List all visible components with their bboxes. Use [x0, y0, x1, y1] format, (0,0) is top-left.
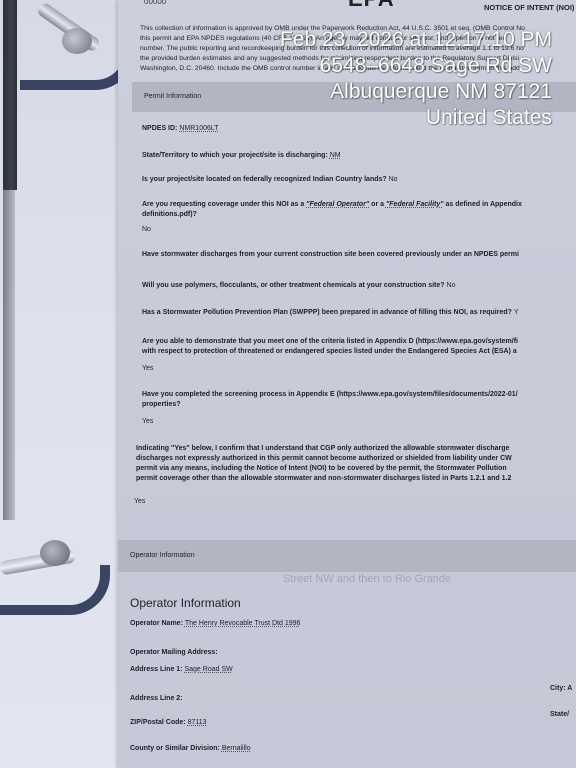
county-label: County or Similar Division: — [130, 745, 220, 752]
federal-operator-term: "Federal Operator" — [306, 201, 369, 208]
polymers-label: Will you use polymers, flocculants, or o… — [142, 282, 445, 289]
question-text: as defined in Appendix — [444, 201, 522, 208]
address-line-2-label: Address Line 2: — [130, 695, 183, 702]
county-value: Bernalillo — [222, 745, 251, 752]
question-text: properties? — [142, 400, 518, 410]
background-surface — [0, 0, 120, 768]
city-label: City: A — [550, 685, 572, 692]
confirmation-answer: Yes — [134, 498, 145, 505]
binder-clip-knob-bottom — [40, 540, 70, 566]
federal-facility-term: "Federal Facility" — [386, 201, 444, 208]
federal-operator-answer: No — [142, 226, 151, 233]
photo-timestamp: Feb 23, 2026 at 12:17:10 PM — [280, 28, 552, 52]
statement-line: permit via any means, including the Noti… — [136, 464, 512, 474]
polymers-field: Will you use polymers, flocculants, or o… — [142, 281, 455, 291]
question-text: Are you requesting coverage under this N… — [142, 201, 306, 208]
epa-logo: EPA — [348, 0, 395, 12]
operator-name-value: The Henry Revocable Trust Dtd 1996 — [185, 620, 301, 627]
operator-name-label: Operator Name: — [130, 620, 183, 627]
appendix-e-question: Have you completed the screening process… — [142, 390, 518, 410]
state-value: NM — [330, 152, 341, 159]
npdes-id-value: NMR1006LT — [179, 125, 218, 132]
indian-country-field: Is your project/site located on federall… — [142, 175, 398, 185]
question-text: Are you able to demonstrate that you mee… — [142, 337, 518, 347]
statement-line: Indicating "Yes" below, I confirm that I… — [136, 444, 512, 454]
previous-npdes-question: Have stormwater discharges from your cur… — [142, 250, 519, 260]
confirmation-statement: Indicating "Yes" below, I confirm that I… — [136, 444, 512, 484]
state-field: State/Territory to which your project/si… — [142, 151, 341, 161]
swppp-field: Has a Stormwater Pollution Prevention Pl… — [142, 308, 519, 318]
question-text: definitions.pdf)? — [142, 211, 197, 218]
county-field: County or Similar Division: Bernalillo — [130, 744, 251, 754]
photo-street: 6548–6648 Sage Rd SW — [320, 54, 552, 78]
federal-operator-question: Are you requesting coverage under this N… — [142, 200, 522, 220]
zip-label: ZIP/Postal Code: — [130, 719, 186, 726]
indian-country-label: Is your project/site located on federall… — [142, 176, 387, 183]
indian-country-value: No — [389, 176, 398, 183]
npdes-id-field: NPDES ID: NMR1006LT — [142, 124, 219, 134]
question-text: with respect to protection of threatened… — [142, 347, 518, 357]
mailing-address-label: Operator Mailing Address: — [130, 648, 218, 658]
address-line-2-field: Address Line 2: — [130, 694, 183, 704]
operator-information-heading: Operator Information — [130, 596, 241, 610]
state-label: State/Territory to which your project/si… — [142, 152, 328, 159]
question-text: Have you completed the screening process… — [142, 390, 518, 400]
photo-country: United States — [426, 106, 552, 130]
page-reference: 00000 — [144, 0, 166, 6]
question-text: or a — [369, 201, 386, 208]
form-title: NOTICE OF INTENT (NOI) — [484, 3, 574, 12]
operator-name-field: Operator Name: The Henry Revocable Trust… — [130, 619, 300, 629]
operator-information-header: Operator Information — [118, 540, 576, 572]
zip-field: ZIP/Postal Code: 87113 — [130, 718, 207, 728]
photo-city: Albuquerque NM 87121 — [330, 80, 552, 104]
zip-value: 87113 — [188, 719, 207, 726]
statement-line: discharges not expressly authorized in t… — [136, 454, 512, 464]
address-line-1-label: Address Line 1: — [130, 666, 183, 673]
pole-shadow — [3, 190, 15, 520]
swppp-label: Has a Stormwater Pollution Prevention Pl… — [142, 309, 512, 316]
polymers-value: No — [447, 282, 456, 289]
appendix-d-answer: Yes — [142, 365, 153, 372]
appendix-d-question: Are you able to demonstrate that you mee… — [142, 337, 518, 357]
state-label-right: State/ — [550, 711, 569, 718]
clipboard-pole — [3, 0, 17, 190]
statement-line: permit coverage other than the allowable… — [136, 474, 512, 484]
address-line-1-value: Sage Road SW — [184, 666, 232, 673]
bleed-through-text: Street NW and then to Rio Grande — [283, 573, 451, 585]
appendix-e-answer: Yes — [142, 418, 153, 425]
npdes-id-label: NPDES ID: — [142, 125, 177, 132]
binder-clip-knob-top — [62, 28, 92, 54]
swppp-value: Y — [514, 309, 519, 316]
address-line-1-field: Address Line 1: Sage Road SW — [130, 665, 233, 675]
